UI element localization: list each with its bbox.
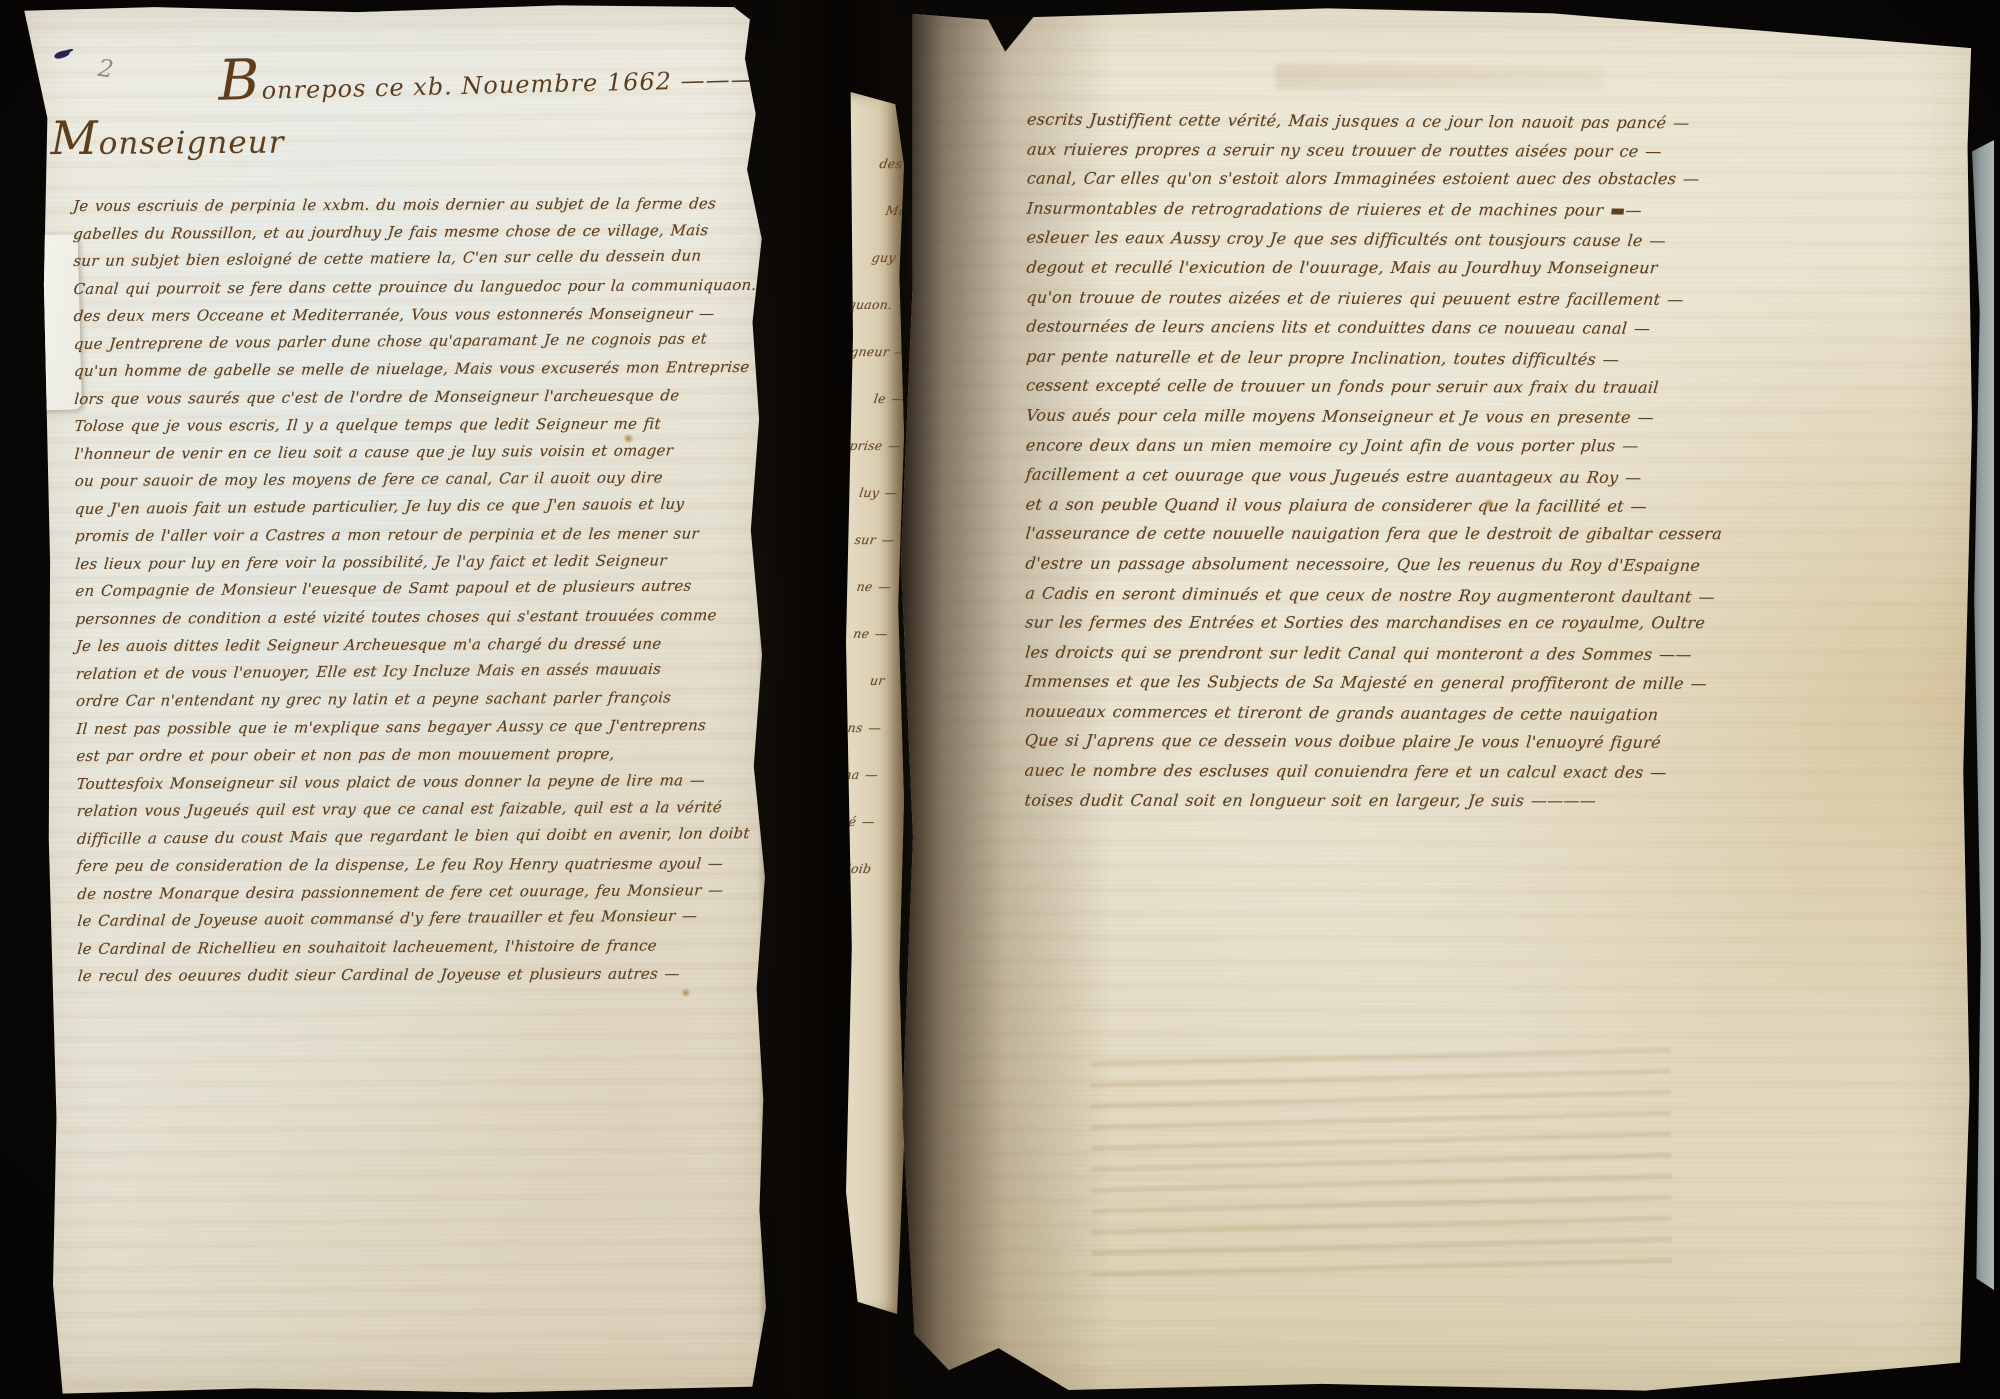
- manuscript-line: facillement a cet ouurage que vous Jugeu…: [1024, 460, 1727, 493]
- manuscript-line: degout et recullé l'exicution de l'ouura…: [1025, 253, 1728, 283]
- manuscript-line: Je vous escriuis de perpinia le xxbm. du…: [72, 190, 762, 220]
- manuscript-line: ne —: [846, 610, 891, 657]
- manuscript-line: d'estre un passage absolument necessoire…: [1024, 548, 1727, 580]
- manuscript-line: les droicts qui se prendront sur ledit C…: [1024, 637, 1727, 669]
- manuscript-line: que J'en auois fait un estude particulie…: [74, 489, 764, 523]
- salutation: Monseigneur: [50, 110, 284, 165]
- manuscript-line: canal, Car elles qu'on s'estoit alors Im…: [1026, 164, 1729, 194]
- manuscript-line: encore deux dans un mien memoire cy Join…: [1025, 430, 1728, 460]
- manuscript-line: par pente naturelle et de leur propre In…: [1025, 341, 1728, 374]
- book-spread: 2 Bonrepos ce xb. Nouembre 1662 ——— Mons…: [0, 0, 2000, 1399]
- manuscript-line: Vous aués pour cela mille moyens Monseig…: [1025, 401, 1728, 433]
- ink-bleedthrough-block: [1091, 1042, 1673, 1281]
- manuscript-line: le recul des oeuures dudit sieur Cardina…: [77, 960, 767, 990]
- ink-bleedthrough-heading: [1275, 63, 1605, 90]
- manuscript-line: prise —: [846, 422, 904, 469]
- manuscript-line: escrits Justiffient cette vérité, Mais j…: [1026, 105, 1729, 138]
- manuscript-line: esleuer les eaux Aussy croy Je que ses d…: [1025, 223, 1728, 256]
- manuscript-line: gneur —: [846, 328, 904, 375]
- manuscript-page-left: 2 Bonrepos ce xb. Nouembre 1662 ——— Mons…: [20, 3, 776, 1396]
- manuscript-line: sur les fermes des Entrées et Sorties de…: [1024, 608, 1727, 638]
- gutter-text-fragments: des —Maisguy —quaon. —gneur —le —prise —…: [846, 140, 904, 892]
- manuscript-line: ordre Car n'entendant ny grec ny latin e…: [75, 684, 765, 716]
- manuscript-line: a Cadis en seront diminués et que ceux d…: [1024, 578, 1727, 611]
- next-page-edge: [1972, 140, 1994, 1290]
- manuscript-line: personnes de condition a esté vizité tou…: [74, 601, 764, 633]
- manuscript-line: Touttesfoix Monseigneur sil vous plaict …: [75, 766, 765, 798]
- manuscript-line: nouueaux commerces et tireront de grands…: [1024, 696, 1727, 729]
- manuscript-line: Insurmontables de retrogradations de riu…: [1025, 193, 1728, 225]
- manuscript-line: aux riuieres propres a seruir ny sceu tr…: [1026, 134, 1729, 166]
- manuscript-line: sur un subjet bien esloigné de cette mat…: [72, 242, 762, 276]
- manuscript-line: qu'un homme de gabelle se melle de niuel…: [73, 354, 763, 386]
- manuscript-line: est par ordre et pour obeir et non pas d…: [75, 740, 765, 770]
- manuscript-line: Tolose que je vous escris, Il y a quelqu…: [73, 410, 763, 440]
- manuscript-line: destournées de leurs anciens lits et con…: [1025, 312, 1728, 344]
- manuscript-page-right: escrits Justiffient cette vérité, Mais j…: [891, 4, 1974, 1396]
- manuscript-line: luy —: [846, 469, 901, 516]
- manuscript-line: Mais: [851, 187, 904, 234]
- manuscript-line: ur: [846, 657, 888, 704]
- manuscript-line: Que si J'aprens que ce dessein vous doib…: [1024, 726, 1727, 758]
- manuscript-line: des —: [854, 140, 904, 187]
- underlying-page-edge: des —Maisguy —quaon. —gneur —le —prise —…: [846, 92, 904, 1314]
- foxing-spot: [1484, 498, 1495, 508]
- manuscript-line: prens —: [846, 704, 885, 751]
- manuscript-line: Immenses et que les Subjects de Sa Majes…: [1024, 667, 1727, 699]
- manuscript-line: fere peu de consideration de la dispense…: [76, 850, 766, 880]
- manuscript-line: difficille a cause du coust Mais que reg…: [76, 819, 766, 853]
- manuscript-line: en Compagnie de Monsieur l'euesque de Sa…: [74, 572, 764, 606]
- letter-body-right: escrits Justiffient cette vérité, Mais j…: [1025, 105, 1727, 818]
- manuscript-line: le —: [846, 375, 904, 422]
- manuscript-line: Il nest pas possible que ie m'explique s…: [75, 711, 765, 743]
- manuscript-line: l'asseurance de cette nouuelle nauigatio…: [1024, 519, 1727, 549]
- manuscript-line: guy —: [847, 234, 904, 281]
- dateline: Bonrepos ce xb. Nouembre 1662 ———: [217, 36, 756, 114]
- manuscript-line: que Jentreprene de vous parler dune chos…: [73, 324, 763, 358]
- manuscript-line: lors que vous saurés que c'est de l'ordr…: [73, 381, 763, 413]
- repair-tab: [14, 234, 82, 410]
- manuscript-line: quaon. —: [846, 281, 904, 328]
- manuscript-line: le Cardinal de Richellieu en souhaitoit …: [76, 931, 766, 963]
- letter-body-left: Je vous escriuis de perpinia le xxbm. du…: [73, 189, 766, 991]
- manuscript-line: vité —: [846, 798, 878, 845]
- manuscript-line: le Cardinal de Joyeuse auoit commansé d'…: [76, 902, 766, 936]
- manuscript-line: sur —: [846, 516, 898, 563]
- manuscript-line: promis de l'aller voir a Castres a mon r…: [74, 520, 764, 550]
- manuscript-line: auec le nombre des escluses quil conuien…: [1023, 756, 1726, 788]
- manuscript-line: cessent excepté celle de trouuer un fond…: [1025, 371, 1728, 403]
- manuscript-line: toises dudit Canal soit en longueur soit…: [1023, 785, 1726, 815]
- manuscript-line: Canal qui pourroit se fere dans cette pr…: [72, 271, 762, 303]
- foxing-spot: [681, 988, 691, 997]
- manuscript-line: ma —: [846, 751, 882, 798]
- manuscript-line: ne —: [846, 563, 895, 610]
- manuscript-line: l'honneur de venir en ce lieu soit a cau…: [73, 436, 763, 468]
- manuscript-line: relation et de vous l'enuoyer, Elle est …: [75, 654, 765, 688]
- foxing-spot: [622, 434, 634, 444]
- manuscript-line: et a son peuble Quand il vous plaiura de…: [1024, 489, 1727, 521]
- manuscript-line: qu'on trouue de routes aizées et de riui…: [1025, 282, 1728, 314]
